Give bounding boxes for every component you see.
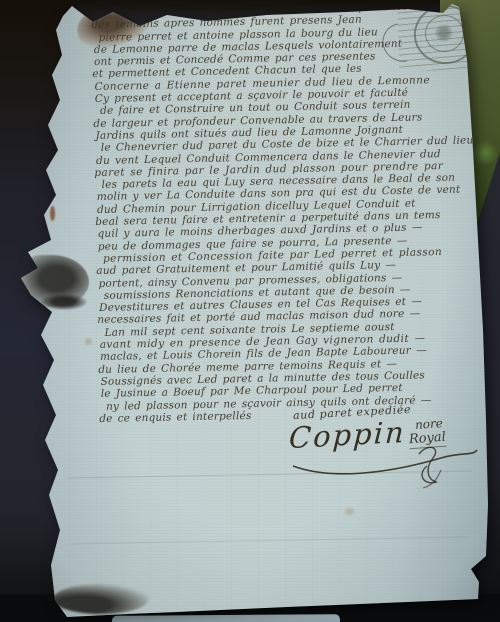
foxing-spot: [85, 338, 92, 345]
rust-spot: [45, 192, 51, 204]
ink-blotch-tail: [41, 294, 87, 310]
rust-spot: [50, 206, 55, 221]
smudge-bottom-left: [53, 584, 149, 614]
paper-crease: [67, 470, 472, 478]
notary-title-royal: Royal: [408, 430, 446, 450]
notary-signature: Coppin: [288, 415, 406, 455]
ink-blotch-left-edge: [17, 255, 89, 307]
paper-crease: [71, 537, 466, 545]
manuscript-text-block: Par devant le nore Royal souzné en la pr…: [93, 0, 479, 425]
foxing-spot: [345, 508, 354, 515]
paper-shadow-wrap: Par devant le nore Royal souzné en la pr…: [15, 0, 493, 618]
manuscript-photo: Par devant le nore Royal souzné en la pr…: [0, 0, 500, 622]
manuscript-paper: Par devant le nore Royal souzné en la pr…: [15, 0, 493, 618]
